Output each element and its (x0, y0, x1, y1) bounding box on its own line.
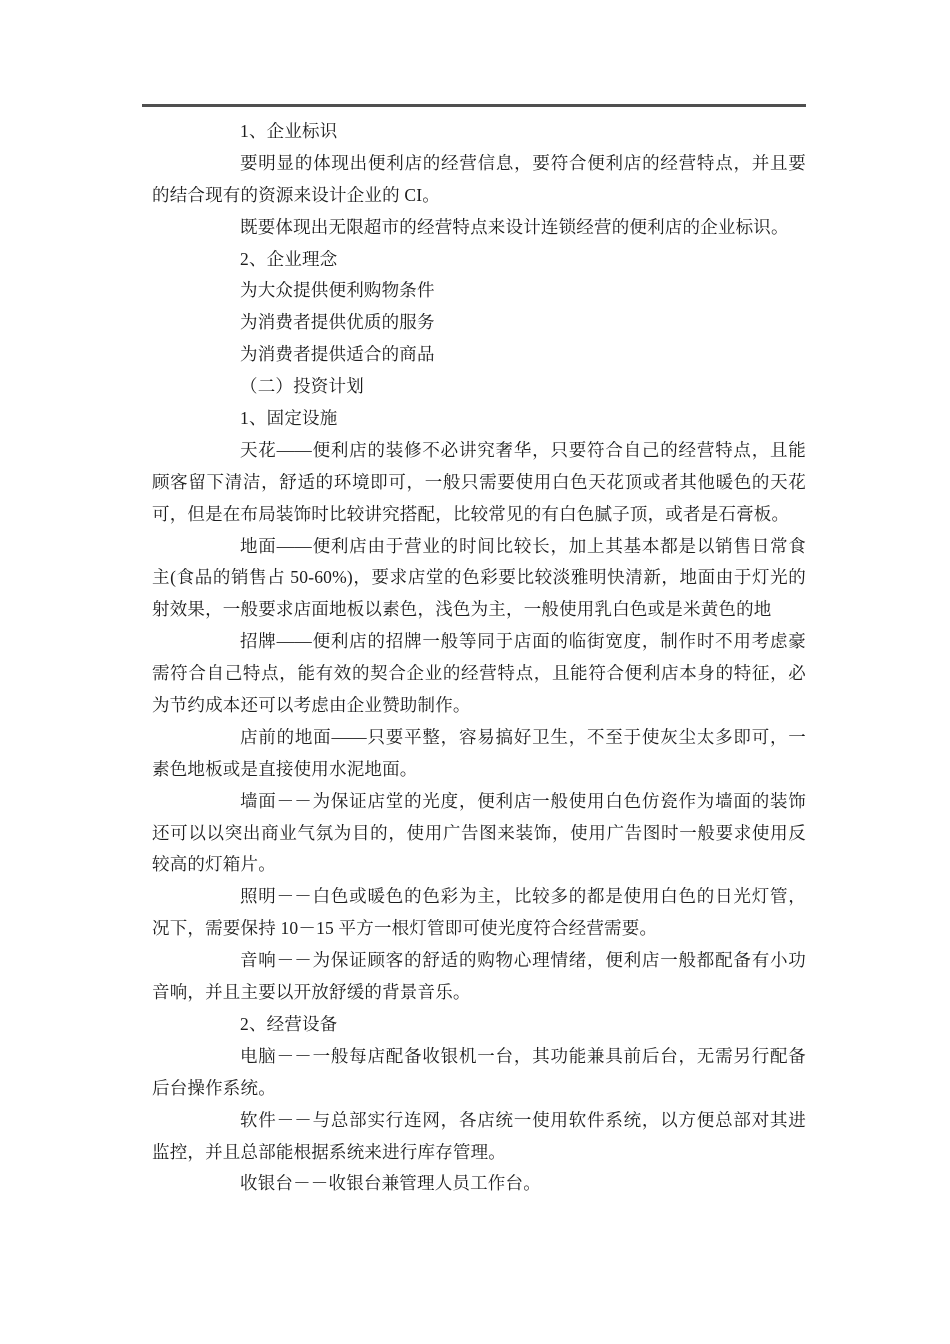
text-line: 监控，并且总部能根据系统来进行库存管理。 (152, 1137, 806, 1169)
text-line: 为大众提供便利购物条件 (152, 275, 806, 307)
text-line: 1、固定设施 (152, 403, 806, 435)
text-line: 软件－－与总部实行连网，各店统一使用软件系统，以方便总部对其进行管理 (152, 1105, 806, 1137)
text-line: 2、经营设备 (152, 1009, 806, 1041)
text-line: 素色地板或是直接使用水泥地面。 (152, 754, 806, 786)
text-line: 需符合自己特点，能有效的契合企业的经营特点，且能符合便利店本身的特征，必要时 (152, 658, 806, 690)
document-page: 1、企业标识要明显的体现出便利店的经营信息，要符合便利店的经营特点，并且要能有效… (0, 0, 950, 1344)
text-line: 主(食品的销售占 50-60%)，要求店堂的色彩要比较淡雅明快清新，地面由于灯光… (152, 562, 806, 594)
text-line: 招牌——便利店的招牌一般等同于店面的临街宽度，制作时不用考虑豪华，只 (152, 626, 806, 658)
text-line: 较高的灯箱片。 (152, 849, 806, 881)
text-line: 音响－－为保证顾客的舒适的购物心理情绪，便利店一般都配备有小功率的 (152, 945, 806, 977)
text-line: 射效果，一般要求店面地板以素色，浅色为主，一般使用乳白色或是米黄色的地板。 (152, 594, 806, 626)
text-line: 2、企业理念 (152, 244, 806, 276)
text-line: 要明显的体现出便利店的经营信息，要符合便利店的经营特点，并且要能有效 (152, 148, 806, 180)
text-line: 照明－－白色或暖色的色彩为主，比较多的都是使用白色的日光灯管，正常情 (152, 881, 806, 913)
text-line: 后台操作系统。 (152, 1073, 806, 1105)
text-line: 的结合现有的资源来设计企业的 CI。 (152, 180, 806, 212)
text-line: 为消费者提供适合的商品 (152, 339, 806, 371)
text-line: 店前的地面——只要平整，容易搞好卫生，不至于使灰尘太多即可，一般会用 (152, 722, 806, 754)
text-line: 电脑－－一般每店配备收银机一台，其功能兼具前后台，无需另行配备专门的 (152, 1041, 806, 1073)
text-line: 音响，并且主要以开放舒缓的背景音乐。 (152, 977, 806, 1009)
text-line: 可，但是在布局装饰时比较讲究搭配，比较常见的有白色腻子顶，或者是石膏板。 (152, 499, 806, 531)
text-line: 还可以以突出商业气氛为目的，使用广告图来装饰，使用广告图时一般要求使用反光度 (152, 818, 806, 850)
text-line: 为节约成本还可以考虑由企业赞助制作。 (152, 690, 806, 722)
text-line: （二）投资计划 (152, 371, 806, 403)
text-line: 为消费者提供优质的服务 (152, 307, 806, 339)
text-line: 地面——便利店由于营业的时间比较长，加上其基本都是以销售日常食品为 (152, 531, 806, 563)
text-line: 况下，需要保持 10－15 平方一根灯管即可使光度符合经营需要。 (152, 913, 806, 945)
text-line: 1、企业标识 (152, 116, 806, 148)
header-rule (142, 104, 806, 107)
text-line: 天花——便利店的装修不必讲究奢华，只要符合自己的经营特点，且能达到给 (152, 435, 806, 467)
text-line: 顾客留下清洁，舒适的环境即可，一般只需要使用白色天花顶或者其他暖色的天花顶即 (152, 467, 806, 499)
text-line: 墙面－－为保证店堂的光度，便利店一般使用白色仿瓷作为墙面的装饰色调， (152, 786, 806, 818)
text-line: 既要体现出无限超市的经营特点来设计连锁经营的便利店的企业标识。 (152, 212, 806, 244)
text-line: 收银台－－收银台兼管理人员工作台。 (152, 1168, 806, 1200)
text-block: 1、企业标识要明显的体现出便利店的经营信息，要符合便利店的经营特点，并且要能有效… (152, 116, 806, 1200)
